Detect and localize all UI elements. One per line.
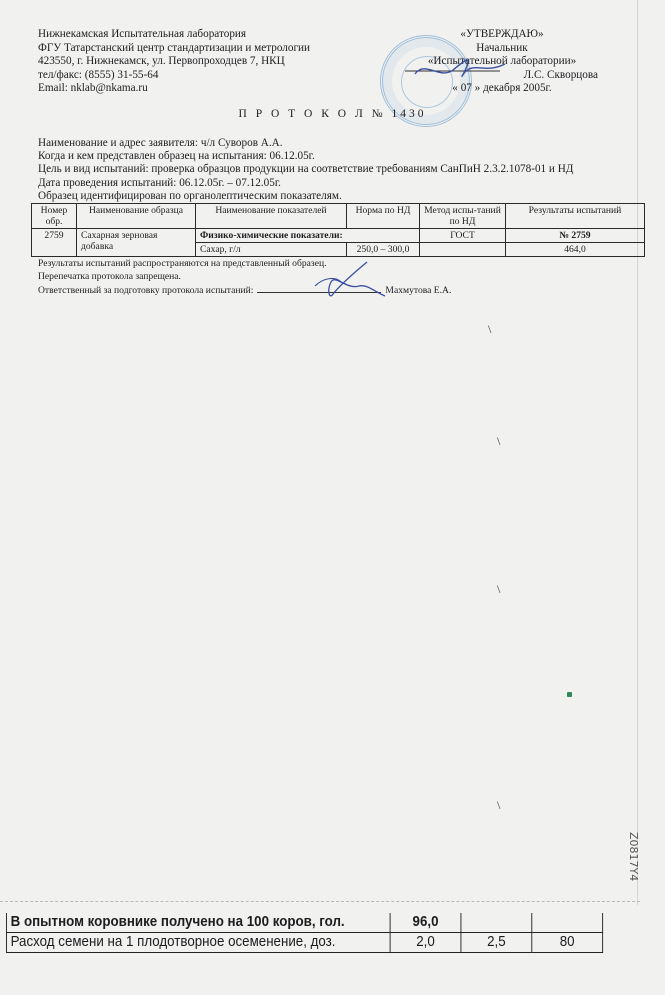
org-phone: тел/факс: (8555) 31-55-64 bbox=[38, 69, 310, 83]
responsible-signature-icon bbox=[305, 260, 395, 302]
row-value-1: 2,0 bbox=[390, 933, 461, 953]
test-dates-line: Дата проведения испытаний: 06.12.05г. – … bbox=[38, 177, 573, 190]
scan-mark-icon: \ bbox=[488, 322, 491, 337]
col-header-results: Результаты испытаний bbox=[506, 204, 645, 229]
row-value-3: 80 bbox=[532, 933, 603, 953]
row-label: В опытном коровнике получено на 100 коро… bbox=[6, 913, 390, 933]
organization-header: Нижнекамская Испытательная лаборатория Ф… bbox=[38, 28, 310, 96]
col-header-method: Метод испы-таний по НД bbox=[420, 204, 506, 229]
table-row: В опытном коровнике получено на 100 коро… bbox=[6, 913, 602, 933]
applicant-line: Наименование и адрес заявителя: ч/л Суво… bbox=[38, 137, 573, 150]
scan-mark-icon: \ bbox=[497, 434, 500, 449]
row-value-1: 96,0 bbox=[390, 913, 461, 933]
results-table: Номер обр. Наименование образца Наименов… bbox=[31, 203, 645, 257]
scan-mark-icon: \ bbox=[497, 582, 500, 597]
table-row: 2759 Сахарная зерновая добавка Физико-хи… bbox=[32, 229, 645, 243]
org-email: Email: nklab@nkama.ru bbox=[38, 82, 310, 96]
bottom-table: В опытном коровнике получено на 100 коро… bbox=[6, 913, 603, 953]
sample-name: Сахарная зерновая добавка bbox=[77, 229, 196, 257]
approval-title: «УТВЕРЖДАЮ» bbox=[402, 28, 602, 42]
org-address: 423550, г. Нижнекамск, ул. Первопроходце… bbox=[38, 55, 310, 69]
row-label: Расход семени на 1 плодотворное осеменен… bbox=[6, 933, 390, 953]
identification-line: Образец идентифицирован по органолептиче… bbox=[38, 190, 573, 203]
indicator-method bbox=[420, 243, 506, 257]
group-label: Физико-химические показатели: bbox=[196, 229, 420, 243]
purpose-line: Цель и вид испытаний: проверка образцов … bbox=[38, 163, 573, 176]
org-parent: ФГУ Татарстанский центр стандартизации и… bbox=[38, 42, 310, 56]
protocol-title: П Р О Т О К О Л № 1430 bbox=[0, 108, 665, 120]
submission-line: Когда и кем представлен образец на испыт… bbox=[38, 150, 573, 163]
indicator-result: 464,0 bbox=[506, 243, 645, 257]
scan-speck-icon bbox=[567, 692, 572, 697]
col-header-number: Номер обр. bbox=[32, 204, 77, 229]
approval-date: « 07 » декабря 2005г. bbox=[402, 82, 602, 96]
row-value-3 bbox=[532, 913, 603, 933]
group-result: № 2759 bbox=[506, 229, 645, 243]
group-method: ГОСТ bbox=[420, 229, 506, 243]
row-value-2: 2,5 bbox=[461, 933, 532, 953]
table-row: Расход семени на 1 плодотворное осеменен… bbox=[6, 933, 602, 953]
page-break-line bbox=[0, 901, 640, 903]
protocol-info: Наименование и адрес заявителя: ч/л Суво… bbox=[38, 137, 573, 203]
col-header-sample: Наименование образца bbox=[77, 204, 196, 229]
row-value-2 bbox=[461, 913, 532, 933]
scan-mark-icon: \ bbox=[497, 798, 500, 813]
page-edge-line bbox=[637, 0, 638, 905]
sample-number: 2759 bbox=[32, 229, 77, 257]
responsible-label: Ответственный за подготовку протокола ис… bbox=[38, 285, 253, 296]
approval-signature-icon bbox=[405, 52, 515, 82]
col-header-indicator: Наименование показателей bbox=[196, 204, 347, 229]
indicator-name: Сахар, г/л bbox=[196, 243, 347, 257]
org-name: Нижнекамская Испытательная лаборатория bbox=[38, 28, 310, 42]
indicator-norm: 250,0 – 300,0 bbox=[347, 243, 420, 257]
table-header-row: Номер обр. Наименование образца Наименов… bbox=[32, 204, 645, 229]
col-header-norm: Норма по НД bbox=[347, 204, 420, 229]
responsible-name: Махмутова Е.А. bbox=[385, 285, 451, 296]
handwritten-side-note: Z0817Y4 bbox=[627, 832, 640, 881]
